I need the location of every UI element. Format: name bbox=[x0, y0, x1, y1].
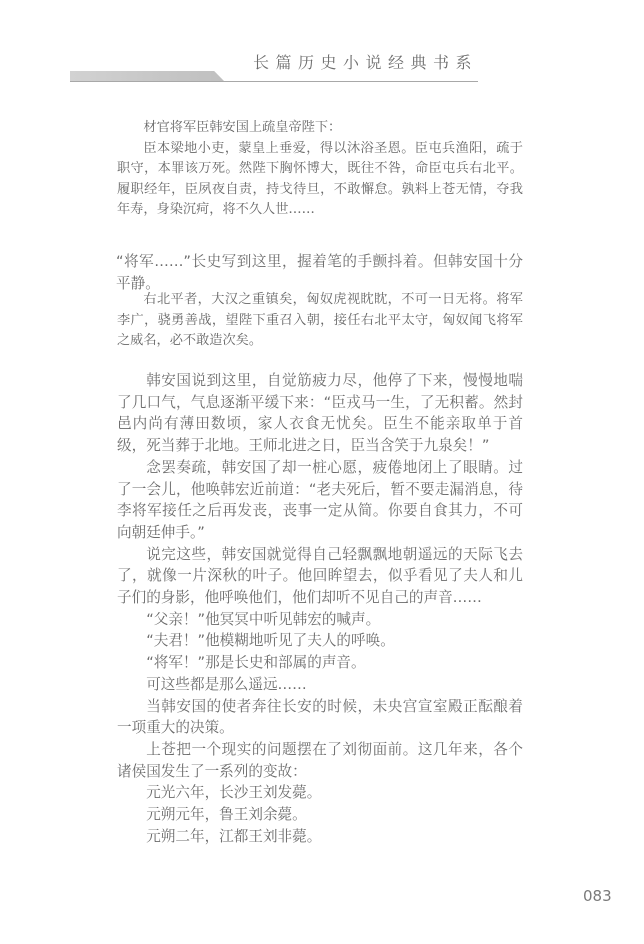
memorial-letter-part2: 右北平者，大汉之重镇矣，匈奴虎视眈眈，不可一日无将。将军李广，骁勇善战，望陛下重… bbox=[117, 290, 523, 352]
series-title: 长篇历史小说经典书系 bbox=[253, 50, 478, 73]
narrative-paragraph: 韩安国说到这里，自觉筋疲力尽，他停了下来，慢慢地喘了几口气，气息逐渐平缓下来：“… bbox=[117, 370, 523, 457]
narrative-paragraph: 元朔二年，江都王刘非薨。 bbox=[117, 826, 523, 848]
narrative-paragraph: 念罢奏疏，韩安国了却一桩心愿，疲倦地闭上了眼睛。过了一会儿，他唤韩宏近前道：“老… bbox=[117, 457, 523, 544]
narrative-paragraph: 说完这些，韩安国就觉得自己轻飘飘地朝遥远的天际飞去了，就像一片深秋的叶子。他回眸… bbox=[117, 544, 523, 609]
narrative-paragraph: 元光六年，长沙王刘发薨。 bbox=[117, 782, 523, 804]
narrative-paragraph: “将军！”那是长史和部属的声音。 bbox=[117, 652, 523, 674]
interlude-paragraph: “将军……”长史写到这里，握着笔的手颤抖着。但韩安国十分平静。 bbox=[117, 251, 523, 294]
narrative-paragraph: 元朔元年，鲁王刘余薨。 bbox=[117, 804, 523, 826]
letter-salutation: 材官将军臣韩安国上疏皇帝陛下： bbox=[117, 118, 523, 139]
narrative-paragraph: “夫君！”他模糊地听见了夫人的呼唤。 bbox=[117, 630, 523, 652]
main-narrative: 韩安国说到这里，自觉筋疲力尽，他停了下来，慢慢地喘了几口气，气息逐渐平缓下来：“… bbox=[117, 370, 523, 847]
memorial-letter-part1: 材官将军臣韩安国上疏皇帝陛下： 臣本梁地小吏，蒙皇上垂爱，得以沐浴圣恩。臣屯兵渔… bbox=[117, 118, 523, 221]
narrative-paragraph: 可这些都是那么遥远…… bbox=[117, 674, 523, 696]
narrative-paragraph: 当韩安国的使者奔往长安的时候，未央宫宣室殿正酝酿着一项重大的决策。 bbox=[117, 696, 523, 739]
narrative-paragraph: 上苍把一个现实的问题摆在了刘彻面前。这几年来，各个诸侯国发生了一系列的变故： bbox=[117, 739, 523, 782]
letter-paragraph: 臣本梁地小吏，蒙皇上垂爱，得以沐浴圣恩。臣屯兵渔阳，疏于职守，本罪该万死。然陛下… bbox=[117, 139, 523, 221]
interlude-text: “将军……”长史写到这里，握着笔的手颤抖着。但韩安国十分平静。 bbox=[116, 251, 523, 294]
header-rule bbox=[70, 81, 478, 82]
letter-paragraph: 右北平者，大汉之重镇矣，匈奴虎视眈眈，不可一日无将。将军李广，骁勇善战，望陛下重… bbox=[117, 290, 523, 352]
narrative-paragraph: “父亲！”他冥冥中听见韩宏的喊声。 bbox=[117, 609, 523, 631]
page-number: 083 bbox=[583, 887, 612, 905]
